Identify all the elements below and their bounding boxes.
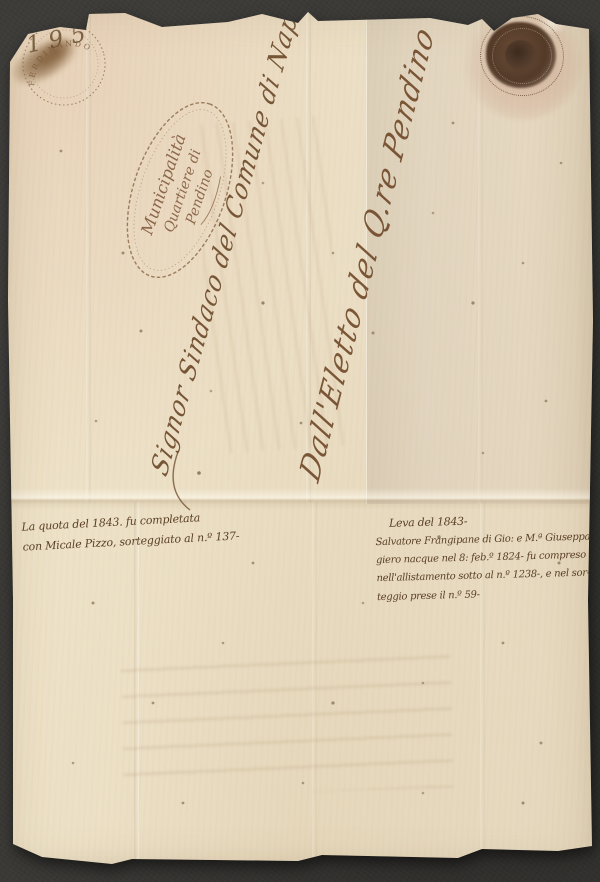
foxing-specks bbox=[0, 0, 2, 2]
fold-crease-horizontal bbox=[8, 488, 593, 510]
oval-stamp-line1: Municipalità bbox=[137, 131, 190, 238]
municipal-oval-stamp: Municipalità Quartiere di Pendino bbox=[107, 89, 253, 291]
note-left: La quota del 1843. fu completata con Mic… bbox=[21, 506, 240, 557]
recipient-script-line: Signor Sindaco del Comune di Napoli bbox=[144, 0, 316, 482]
paper-shadow-wrap: FERDINANDO 195 Signor Sindaco del Comune… bbox=[0, 0, 600, 882]
note-right: Leva del 1843- Salvatore Frangipane di G… bbox=[375, 508, 600, 607]
fold-crease-vertical bbox=[306, 12, 311, 502]
wax-seal-stamp bbox=[462, 2, 582, 120]
svg-text:Signor Sindaco del Comune di N: Signor Sindaco del Comune di Napoli bbox=[146, 0, 313, 482]
fold-crease-vertical bbox=[86, 14, 91, 502]
oval-stamp-line2: Quartiere di bbox=[161, 147, 204, 234]
document-paper: FERDINANDO 195 Signor Sindaco del Comune… bbox=[0, 0, 600, 882]
oval-stamp-flourish bbox=[201, 176, 223, 227]
seal-center-device bbox=[505, 40, 537, 70]
ink-bleedthrough bbox=[194, 116, 347, 454]
fold-crease-vertical bbox=[134, 502, 139, 864]
ink-bleedthrough bbox=[120, 638, 454, 797]
fold-crease-vertical bbox=[312, 502, 317, 858]
oval-stamp-line3: Pendino bbox=[183, 167, 217, 227]
photo-backdrop: FERDINANDO 195 Signor Sindaco del Comune… bbox=[0, 0, 600, 882]
